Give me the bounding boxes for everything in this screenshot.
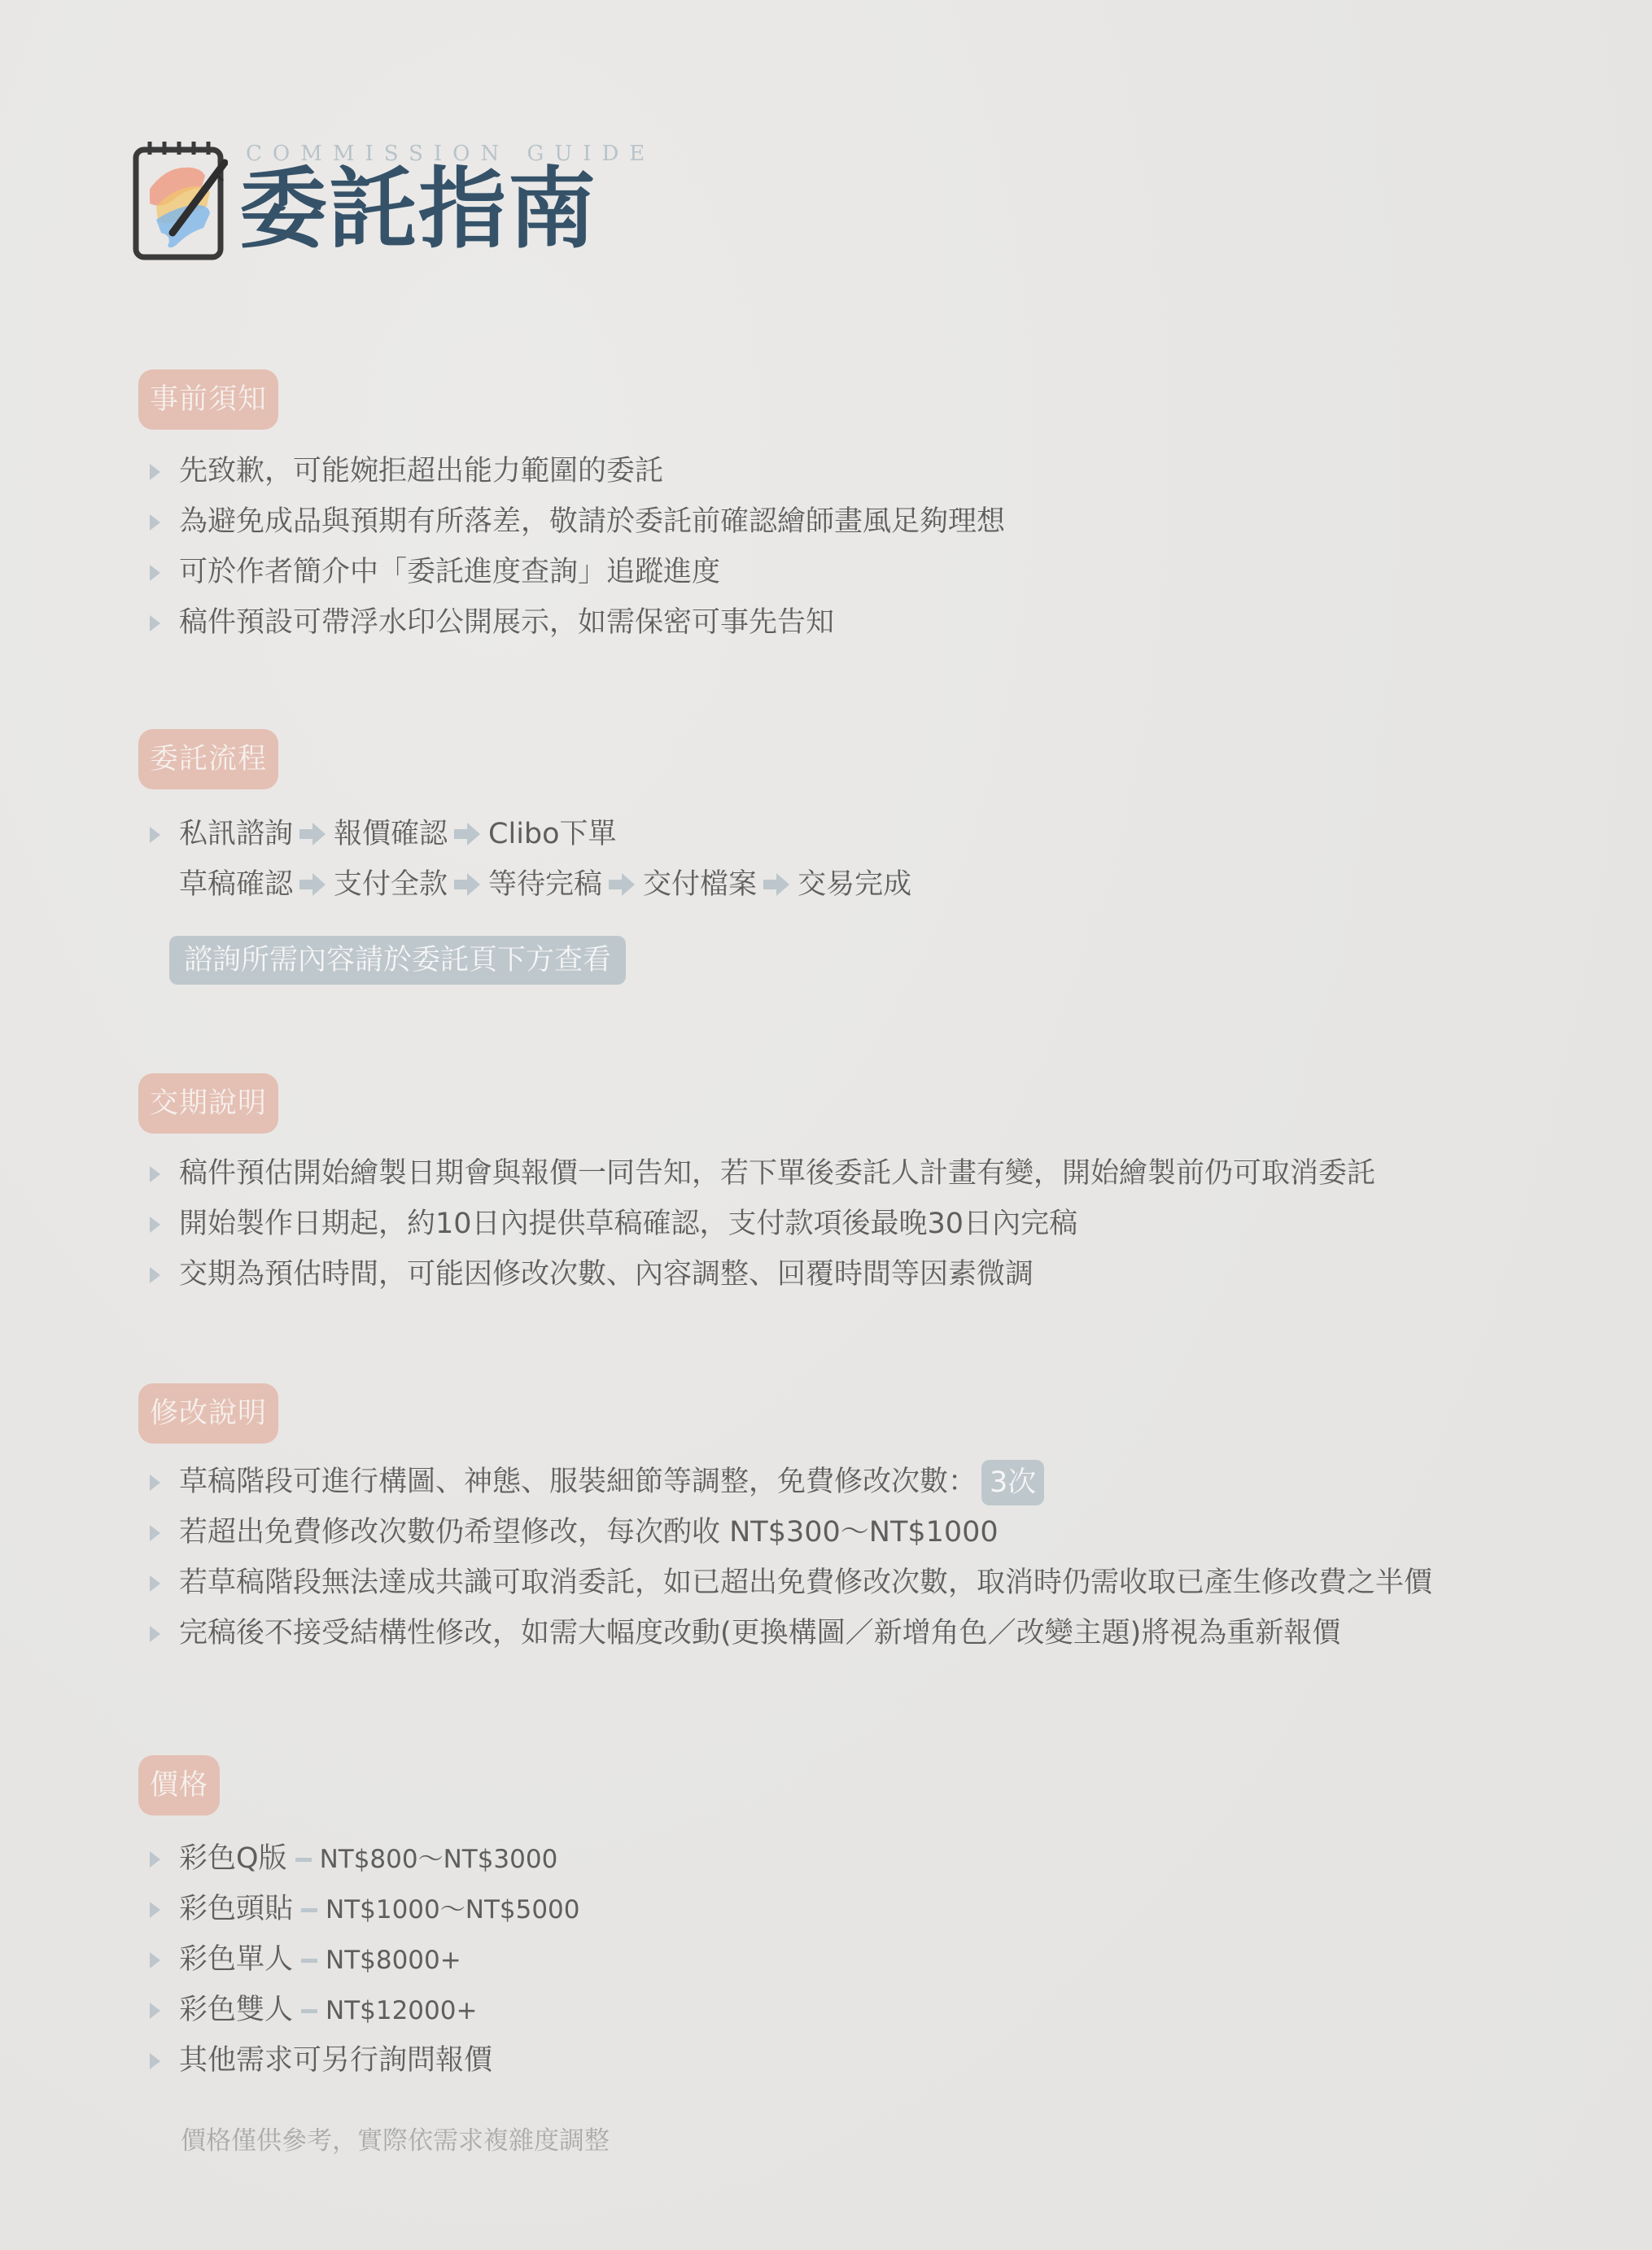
list-item: 先致歉，可能婉拒超出能力範圍的委託 [138,446,1005,496]
section-tag-notice: 事前須知 [138,369,278,430]
flow-step: 交付檔案 [643,859,757,910]
section-tag-revision: 修改說明 [138,1383,278,1444]
section-schedule: 交期說明 稿件預估開始繪製日期會與報價一同告知，若下單後委託人計畫有變，開始繪製… [138,1073,1375,1300]
dash-separator [301,2009,317,2013]
triangle-bullet-icon [150,1267,160,1283]
triangle-bullet-icon [150,1475,160,1491]
schedule-list: 稿件預估開始繪製日期會與報價一同告知，若下單後委託人計畫有變，開始繪製前仍可取消… [138,1148,1375,1300]
notice-list: 先致歉，可能婉拒超出能力範圍的委託 為避免成品與預期有所落差，敬請於委託前確認繪… [138,446,1005,648]
notebook-pen-icon [132,138,228,262]
pricing-footnote: 價格僅供參考，實際依需求複雜度調整 [138,2120,610,2156]
price-item: 彩色頭貼NT$1000～NT$5000 [138,1884,610,1934]
price-item-value: NT$8000+ [326,1946,461,1975]
section-process: 委託流程 私訊諮詢 報價確認 Clibo下單 草稿確認 支付全款 等待完稿 交付… [138,729,911,985]
triangle-bullet-icon [150,615,160,631]
triangle-bullet-icon [150,464,160,480]
dash-separator [301,1959,317,1963]
list-item-text: 可於作者簡介中「委託進度查詢」追蹤進度 [179,556,720,588]
flow-step: Clibo下單 [488,809,617,859]
process-flow: 私訊諮詢 報價確認 Clibo下單 草稿確認 支付全款 等待完稿 交付檔案 交易… [138,809,911,910]
triangle-bullet-icon [150,1851,160,1868]
triangle-bullet-icon [150,1166,160,1182]
list-item-text: 開始製作日期起，約10日內提供草稿確認，支付款項後最晚30日內完稿 [179,1208,1077,1240]
flow-row-2: 草稿確認 支付全款 等待完稿 交付檔案 交易完成 [138,859,911,910]
list-item-text: 完稿後不接受結構性修改，如需大幅度改動(更換構圖／新增角色／改變主題)將視為重新… [179,1617,1340,1649]
header: COMMISSION GUIDE 委託指南 [132,138,655,269]
revision-list: 草稿階段可進行構圖、神態、服裝細節等調整，免費修改次數：3次 若超出免費修改次數… [138,1457,1432,1658]
triangle-bullet-icon [150,1902,160,1918]
triangle-bullet-icon [150,565,160,581]
list-item: 為避免成品與預期有所落差，敬請於委託前確認繪師畫風足夠理想 [138,496,1005,547]
price-item-value: NT$1000～NT$5000 [326,1895,579,1925]
section-tag-schedule: 交期說明 [138,1073,278,1134]
section-pricing: 價格 彩色Q版NT$800～NT$3000 彩色頭貼NT$1000～NT$500… [138,1755,610,2156]
section-tag-process: 委託流程 [138,729,278,789]
list-item-text: 若草稿階段無法達成共識可取消委託，如已超出免費修改次數，取消時仍需收取已產生修改… [179,1566,1432,1599]
arrow-right-icon [454,873,482,896]
triangle-bullet-icon [150,1952,160,1968]
list-item-text: 先致歉，可能婉拒超出能力範圍的委託 [179,455,663,487]
triangle-bullet-icon [150,1575,160,1592]
triangle-bullet-icon [150,1525,160,1541]
triangle-bullet-icon [150,2003,160,2019]
dash-separator [295,1858,312,1862]
price-item-name: 彩色Q版 [179,1842,287,1875]
list-item: 稿件預估開始繪製日期會與報價一同告知，若下單後委託人計畫有變，開始繪製前仍可取消… [138,1148,1375,1199]
triangle-bullet-icon [150,827,160,843]
list-item-text: 其他需求可另行詢問報價 [179,2044,492,2077]
triangle-bullet-icon [150,1217,160,1233]
pricing-list: 彩色Q版NT$800～NT$3000 彩色頭貼NT$1000～NT$5000 彩… [138,1833,610,2086]
free-revisions-badge: 3次 [981,1460,1044,1505]
section-notice: 事前須知 先致歉，可能婉拒超出能力範圍的委託 為避免成品與預期有所落差，敬請於委… [138,369,1005,648]
list-item-text: 稿件預估開始繪製日期會與報價一同告知，若下單後委託人計畫有變，開始繪製前仍可取消… [179,1157,1375,1190]
flow-step: 草稿確認 [179,859,293,910]
list-item-text: 若超出免費修改次數仍希望修改，每次酌收 NT$300～NT$1000 [179,1516,999,1549]
title-block: COMMISSION GUIDE 委託指南 [239,138,655,259]
triangle-bullet-icon [150,2053,160,2069]
list-item-text: 草稿階段可進行構圖、神態、服裝細節等調整，免費修改次數： [179,1466,977,1498]
arrow-right-icon [299,873,327,896]
list-item: 若超出免費修改次數仍希望修改，每次酌收 NT$300～NT$1000 [138,1507,1432,1558]
price-item-name: 彩色頭貼 [179,1893,293,1925]
flow-step: 支付全款 [334,859,448,910]
list-item: 若草稿階段無法達成共識可取消委託，如已超出免費修改次數，取消時仍需收取已產生修改… [138,1558,1432,1608]
list-item-text: 稿件預設可帶浮水印公開展示，如需保密可事先告知 [179,606,834,639]
list-item: 交期為預估時間，可能因修改次數、內容調整、回覆時間等因素微調 [138,1249,1375,1300]
list-item-text: 交期為預估時間，可能因修改次數、內容調整、回覆時間等因素微調 [179,1258,1034,1291]
list-item: 完稿後不接受結構性修改，如需大幅度改動(更換構圖／新增角色／改變主題)將視為重新… [138,1608,1432,1658]
price-item: 彩色Q版NT$800～NT$3000 [138,1833,610,1884]
list-item: 開始製作日期起，約10日內提供草稿確認，支付款項後最晚30日內完稿 [138,1199,1375,1249]
list-item: 其他需求可另行詢問報價 [138,2035,610,2086]
price-item-name: 彩色雙人 [179,1994,293,2026]
dash-separator [301,1908,317,1912]
list-item: 稿件預設可帶浮水印公開展示，如需保密可事先告知 [138,597,1005,648]
price-item-value: NT$800～NT$3000 [320,1845,558,1874]
price-item-value: NT$12000+ [326,1996,477,2025]
flow-step: 私訊諮詢 [179,809,293,859]
flow-step: 交易完成 [798,859,911,910]
flow-step: 等待完稿 [488,859,602,910]
list-item: 可於作者簡介中「委託進度查詢」追蹤進度 [138,547,1005,597]
arrow-right-icon [299,823,327,845]
flow-row-1: 私訊諮詢 報價確認 Clibo下單 [138,809,911,859]
triangle-bullet-icon [150,1626,160,1642]
list-item-text: 為避免成品與預期有所落差，敬請於委託前確認繪師畫風足夠理想 [179,505,1005,538]
flow-step: 報價確認 [334,809,448,859]
arrow-right-icon [609,873,636,896]
section-tag-pricing: 價格 [138,1755,220,1815]
process-note: 諮詢所需內容請於委託頁下方查看 [169,936,626,985]
arrow-right-icon [454,823,482,845]
price-item: 彩色雙人NT$12000+ [138,1985,610,2035]
section-revision: 修改說明 草稿階段可進行構圖、神態、服裝細節等調整，免費修改次數：3次 若超出免… [138,1383,1432,1658]
arrow-right-icon [763,873,791,896]
price-item: 彩色單人NT$8000+ [138,1934,610,1985]
price-item-name: 彩色單人 [179,1943,293,1976]
triangle-bullet-icon [150,514,160,531]
list-item: 草稿階段可進行構圖、神態、服裝細節等調整，免費修改次數：3次 [138,1457,1432,1507]
page-title: 委託指南 [239,161,655,259]
